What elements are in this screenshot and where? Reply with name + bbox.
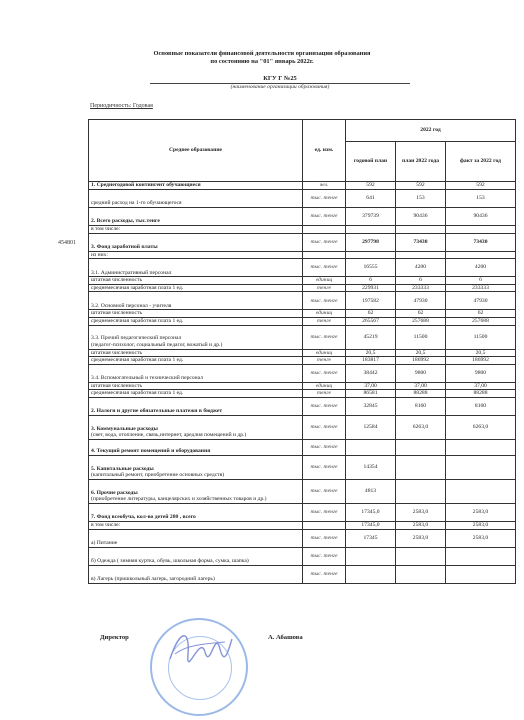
cell-plan: 37,00: [396, 382, 446, 390]
row-unit: тыс. тенге: [303, 529, 346, 547]
cell-fact: 9800: [446, 364, 516, 382]
table-row: 2. Всего расходы, тыс.тенгетыс. тенге379…: [89, 208, 516, 226]
cell-fact: 6263,0: [446, 415, 516, 439]
row-label: а) Питание: [89, 529, 303, 547]
header-year-group: 2022 год: [346, 120, 516, 142]
cell-plan: [396, 565, 446, 583]
row-label-text: среднемесячная заработная плата 1 ед.: [91, 390, 183, 396]
cell-annual: 379739: [346, 208, 396, 226]
row-unit: тыс. тенге: [303, 233, 346, 251]
row-label-text: 3. Фонд заработной платы: [91, 244, 158, 250]
cell-annual: [346, 547, 396, 565]
cell-fact: 2583,0: [446, 529, 516, 547]
table-row: 3.2. Основной персонал - учителятыс. тен…: [89, 292, 516, 310]
cell-fact: 20,5: [446, 349, 516, 357]
cell-plan: [396, 226, 446, 234]
signatory-position: Директор: [100, 634, 129, 641]
row-label-text: 6. Прочие расходы: [91, 490, 138, 496]
cell-plan: 592: [396, 182, 446, 190]
row-label: 3.4. Вспомогательный и технический персо…: [89, 364, 303, 382]
row-label-text: 3. Коммунальные расходы: [91, 426, 158, 432]
cell-annual: 592: [346, 182, 396, 190]
official-stamp: [150, 618, 248, 716]
table-row: 2. Налоги и другие обязательные платежи …: [89, 397, 516, 415]
row-label: 5. Капитальные расходы(капитальный ремон…: [89, 455, 303, 479]
signature-icon: [160, 624, 240, 674]
cell-plan: 20,5: [396, 349, 446, 357]
report-date: по состоянию на "01" январь 2022г.: [0, 58, 524, 65]
cell-fact: 233333: [446, 284, 516, 292]
row-label: среднемесячная заработная плата 1 ед.: [89, 390, 303, 398]
row-label-text: в том числе:: [91, 522, 120, 528]
cell-plan: [396, 455, 446, 479]
cell-annual: 32845: [346, 397, 396, 415]
cell-plan: 153: [396, 190, 446, 208]
cell-annual: 16555: [346, 259, 396, 277]
cell-annual: 14354: [346, 455, 396, 479]
row-label: штатная численность: [89, 310, 303, 318]
row-label: 3.2. Основной персонал - учителя: [89, 292, 303, 310]
cell-plan: 257688: [396, 317, 446, 325]
table-row: среднемесячная заработная плата 1 ед.тен…: [89, 284, 516, 292]
row-label-text: штатная численность: [91, 350, 142, 356]
table-row: среднемесячная заработная плата 1 ед.тен…: [89, 317, 516, 325]
cell-annual: 641: [346, 190, 396, 208]
row-unit: тыс. тенге: [303, 364, 346, 382]
cell-annual: 17345,0: [346, 503, 396, 521]
header-fact: факт за 2022 год: [446, 142, 516, 182]
row-unit: тыс. тенге: [303, 292, 346, 310]
row-unit: чел.: [303, 182, 346, 190]
cell-annual: [346, 565, 396, 583]
table-row: 3.4. Вспомогательный и технический персо…: [89, 364, 516, 382]
cell-fact: 592: [446, 182, 516, 190]
table-row: среднемесячная заработная плата 1 ед.тен…: [89, 390, 516, 398]
row-unit: тыс. тенге: [303, 190, 346, 208]
row-unit: тенге: [303, 390, 346, 398]
cell-annual: 297798: [346, 233, 396, 251]
cell-annual: 17345: [346, 529, 396, 547]
row-unit: тыс. тенге: [303, 479, 346, 503]
cell-fact: 37,00: [446, 382, 516, 390]
row-label: штатная численность: [89, 277, 303, 285]
row-label-text: штатная численность: [91, 383, 142, 389]
cell-plan: 90436: [396, 208, 446, 226]
row-unit: единиц: [303, 349, 346, 357]
row-label: 3.1. Административный персонал: [89, 259, 303, 277]
table-row: 7. Фонд всеобуча, кол-во детей 280 , все…: [89, 503, 516, 521]
cell-plan: 9800: [396, 364, 446, 382]
row-unit: тыс. тенге: [303, 415, 346, 439]
cell-plan: 6: [396, 277, 446, 285]
cell-fact: 2583,0: [446, 521, 516, 529]
header-section: Среднее образование: [89, 120, 303, 182]
row-label: 3. Фонд заработной платы: [89, 233, 303, 251]
row-label-text: среднемесячная заработная плата 1 ед.: [91, 285, 183, 291]
side-code: 454801: [58, 240, 76, 246]
signatory-name: А. Абашова: [268, 634, 303, 641]
row-label-text: 2. Всего расходы, тыс.тенге: [91, 218, 160, 224]
row-unit: тыс. тенге: [303, 325, 346, 349]
cell-plan: 11500: [396, 325, 446, 349]
cell-annual: 12584: [346, 415, 396, 439]
table-row: 3.1. Административный персоналтыс. тенге…: [89, 259, 516, 277]
cell-plan: 2583,0: [396, 503, 446, 521]
table-row: среднемесячная заработная плата 1 ед.тен…: [89, 357, 516, 365]
row-unit: тыс. тенге: [303, 439, 346, 455]
row-label-text: 4. Текущий ремонт помещений и оборудован…: [91, 448, 210, 454]
table-row: в том числе:: [89, 226, 516, 234]
row-label-text: в) Лагерь (пришкольный лагерь, загородни…: [91, 576, 215, 582]
cell-fact: 153: [446, 190, 516, 208]
row-unit: тыс. тенге: [303, 503, 346, 521]
row-label-text: из них:: [91, 252, 108, 258]
cell-fact: [446, 439, 516, 455]
cell-plan: 62: [396, 310, 446, 318]
cell-fact: 88288: [446, 390, 516, 398]
cell-annual: 45219: [346, 325, 396, 349]
cell-fact: [446, 547, 516, 565]
row-label-text: б) Одежда ( зимняя куртка, обувь, школьн…: [91, 558, 249, 564]
row-unit: тыс. тенге: [303, 565, 346, 583]
cell-plan: 47930: [396, 292, 446, 310]
cell-fact: 90436: [446, 208, 516, 226]
cell-plan: 233333: [396, 284, 446, 292]
row-label: среднемесячная заработная плата 1 ед.: [89, 284, 303, 292]
row-label-text: 5. Капитальные расходы: [91, 466, 154, 472]
cell-annual: 17345,0: [346, 521, 396, 529]
cell-fact: 8160: [446, 397, 516, 415]
header-annual-plan: годовой план: [346, 142, 396, 182]
table-row: 3.3. Прочий педагогический персонал(педа…: [89, 325, 516, 349]
row-unit: тыс. тенге: [303, 208, 346, 226]
row-label: в том числе:: [89, 521, 303, 529]
report-title: Основные показатели финансовой деятельно…: [0, 50, 524, 57]
cell-plan: 73430: [396, 233, 446, 251]
financial-table: Среднее образование ед. изм. 2022 год го…: [88, 119, 516, 584]
row-sublabel: (приобретение литературы, канцелярских и…: [91, 496, 267, 502]
cell-annual: [346, 226, 396, 234]
table-row: штатная численностьединиц626262: [89, 310, 516, 318]
row-label-text: 3.2. Основной персонал - учителя: [91, 303, 171, 309]
cell-annual: [346, 439, 396, 455]
row-label-text: среднемесячная заработная плата 1 ед.: [91, 357, 183, 363]
row-label-text: 1. Среднегодовой контингент обучающиеся: [91, 182, 201, 188]
table-row: из них:: [89, 251, 516, 259]
cell-annual: [346, 251, 396, 259]
cell-fact: 4200: [446, 259, 516, 277]
cell-plan: 2583,0: [396, 521, 446, 529]
row-label-text: 3.3. Прочий педагогический персонал: [91, 335, 181, 341]
row-label: 6. Прочие расходы(приобретение литератур…: [89, 479, 303, 503]
row-unit: тенге: [303, 284, 346, 292]
table-row: б) Одежда ( зимняя куртка, обувь, школьн…: [89, 547, 516, 565]
cell-annual: 86581: [346, 390, 396, 398]
cell-plan: [396, 439, 446, 455]
row-unit: [303, 251, 346, 259]
cell-fact: 47930: [446, 292, 516, 310]
cell-fact: [446, 455, 516, 479]
table-row: штатная численностьединиц37,0037,0037,00: [89, 382, 516, 390]
cell-annual: 229931: [346, 284, 396, 292]
table-row: 1. Среднегодовой контингент обучающиесяч…: [89, 182, 516, 190]
cell-fact: [446, 479, 516, 503]
organization-name: КГУ Г №25: [150, 75, 410, 84]
cell-annual: 6: [346, 277, 396, 285]
row-label: 7. Фонд всеобуча, кол-во детей 280 , все…: [89, 503, 303, 521]
row-unit: тыс. тенге: [303, 397, 346, 415]
cell-fact: 186992: [446, 357, 516, 365]
row-label: среднемесячная заработная плата 1 ед.: [89, 317, 303, 325]
row-label-text: средний расход на 1-го обучающегося: [91, 200, 182, 206]
header-plan: план 2022 года: [396, 142, 446, 182]
row-unit: единиц: [303, 382, 346, 390]
cell-plan: 2583,0: [396, 529, 446, 547]
cell-annual: 197582: [346, 292, 396, 310]
row-unit: тенге: [303, 317, 346, 325]
organization-caption: (наименование организации образования): [150, 84, 410, 90]
table-row: 5. Капитальные расходы(капитальный ремон…: [89, 455, 516, 479]
row-unit: тыс. тенге: [303, 455, 346, 479]
row-label-text: среднемесячная заработная плата 1 ед.: [91, 318, 183, 324]
table-row: 6. Прочие расходы(приобретение литератур…: [89, 479, 516, 503]
cell-plan: [396, 547, 446, 565]
table-row: средний расход на 1-го обучающегосятыс. …: [89, 190, 516, 208]
cell-annual: 4813: [346, 479, 396, 503]
cell-plan: 186992: [396, 357, 446, 365]
table-row: в том числе:17345,02583,02583,0: [89, 521, 516, 529]
row-unit: единиц: [303, 277, 346, 285]
cell-plan: [396, 479, 446, 503]
table-row: а) Питаниетыс. тенге173452583,02583,0: [89, 529, 516, 547]
row-label: б) Одежда ( зимняя куртка, обувь, школьн…: [89, 547, 303, 565]
row-sublabel: (свет, вода, отопление, связь,интернет, …: [91, 432, 246, 438]
table-row: штатная численностьединиц666: [89, 277, 516, 285]
row-label-text: 7. Фонд всеобуча, кол-во детей 280 , все…: [91, 514, 196, 520]
row-label-text: 2. Налоги и другие обязательные платежи …: [91, 408, 222, 414]
row-unit: [303, 226, 346, 234]
cell-plan: 4200: [396, 259, 446, 277]
periodicity: Периодичность: Годовая: [90, 103, 153, 109]
row-label: 2. Налоги и другие обязательные платежи …: [89, 397, 303, 415]
table-row: 3. Коммунальные расходы(свет, вода, отоп…: [89, 415, 516, 439]
cell-fact: [446, 251, 516, 259]
table-row: 4. Текущий ремонт помещений и оборудован…: [89, 439, 516, 455]
cell-fact: 73430: [446, 233, 516, 251]
cell-annual: 20,5: [346, 349, 396, 357]
row-label-text: штатная численность: [91, 277, 142, 283]
row-label: 2. Всего расходы, тыс.тенге: [89, 208, 303, 226]
row-label: штатная численность: [89, 349, 303, 357]
row-unit: [303, 521, 346, 529]
row-label: 1. Среднегодовой контингент обучающиеся: [89, 182, 303, 190]
cell-plan: 8160: [396, 397, 446, 415]
row-label: в том числе:: [89, 226, 303, 234]
row-label-text: 3.1. Административный персонал: [91, 270, 171, 276]
cell-fact: 11500: [446, 325, 516, 349]
row-unit: единиц: [303, 310, 346, 318]
row-label-text: а) Питание: [91, 540, 117, 546]
row-sublabel: (педагог-психолог, социальный педагог, в…: [91, 342, 222, 348]
cell-fact: 62: [446, 310, 516, 318]
row-sublabel: (капитальный ремонт, приобретение основн…: [91, 472, 224, 478]
row-label: 3.3. Прочий педагогический персонал(педа…: [89, 325, 303, 349]
row-label: 4. Текущий ремонт помещений и оборудован…: [89, 439, 303, 455]
row-unit: тыс. тенге: [303, 259, 346, 277]
header-unit: ед. изм.: [303, 120, 346, 182]
cell-fact: 2583,0: [446, 503, 516, 521]
cell-annual: 62: [346, 310, 396, 318]
cell-fact: [446, 226, 516, 234]
row-label: средний расход на 1-го обучающегося: [89, 190, 303, 208]
row-label: из них:: [89, 251, 303, 259]
cell-annual: 265567: [346, 317, 396, 325]
row-label: среднемесячная заработная плата 1 ед.: [89, 357, 303, 365]
row-label-text: 3.4. Вспомогательный и технический персо…: [91, 375, 203, 381]
row-label: штатная численность: [89, 382, 303, 390]
table-row: 3. Фонд заработной платытыс. тенге297798…: [89, 233, 516, 251]
table-row: штатная численностьединиц20,520,520,5: [89, 349, 516, 357]
row-label-text: штатная численность: [91, 310, 142, 316]
cell-plan: [396, 251, 446, 259]
cell-fact: 257688: [446, 317, 516, 325]
row-unit: тенге: [303, 357, 346, 365]
cell-fact: [446, 565, 516, 583]
cell-plan: 6263,0: [396, 415, 446, 439]
cell-fact: 6: [446, 277, 516, 285]
cell-plan: 88288: [396, 390, 446, 398]
cell-annual: 37,00: [346, 382, 396, 390]
row-label: 3. Коммунальные расходы(свет, вода, отоп…: [89, 415, 303, 439]
table-row: в) Лагерь (пришкольный лагерь, загородни…: [89, 565, 516, 583]
row-unit: тыс. тенге: [303, 547, 346, 565]
cell-annual: 183817: [346, 357, 396, 365]
cell-annual: 38442: [346, 364, 396, 382]
row-label: в) Лагерь (пришкольный лагерь, загородни…: [89, 565, 303, 583]
row-label-text: в том числе:: [91, 226, 120, 232]
